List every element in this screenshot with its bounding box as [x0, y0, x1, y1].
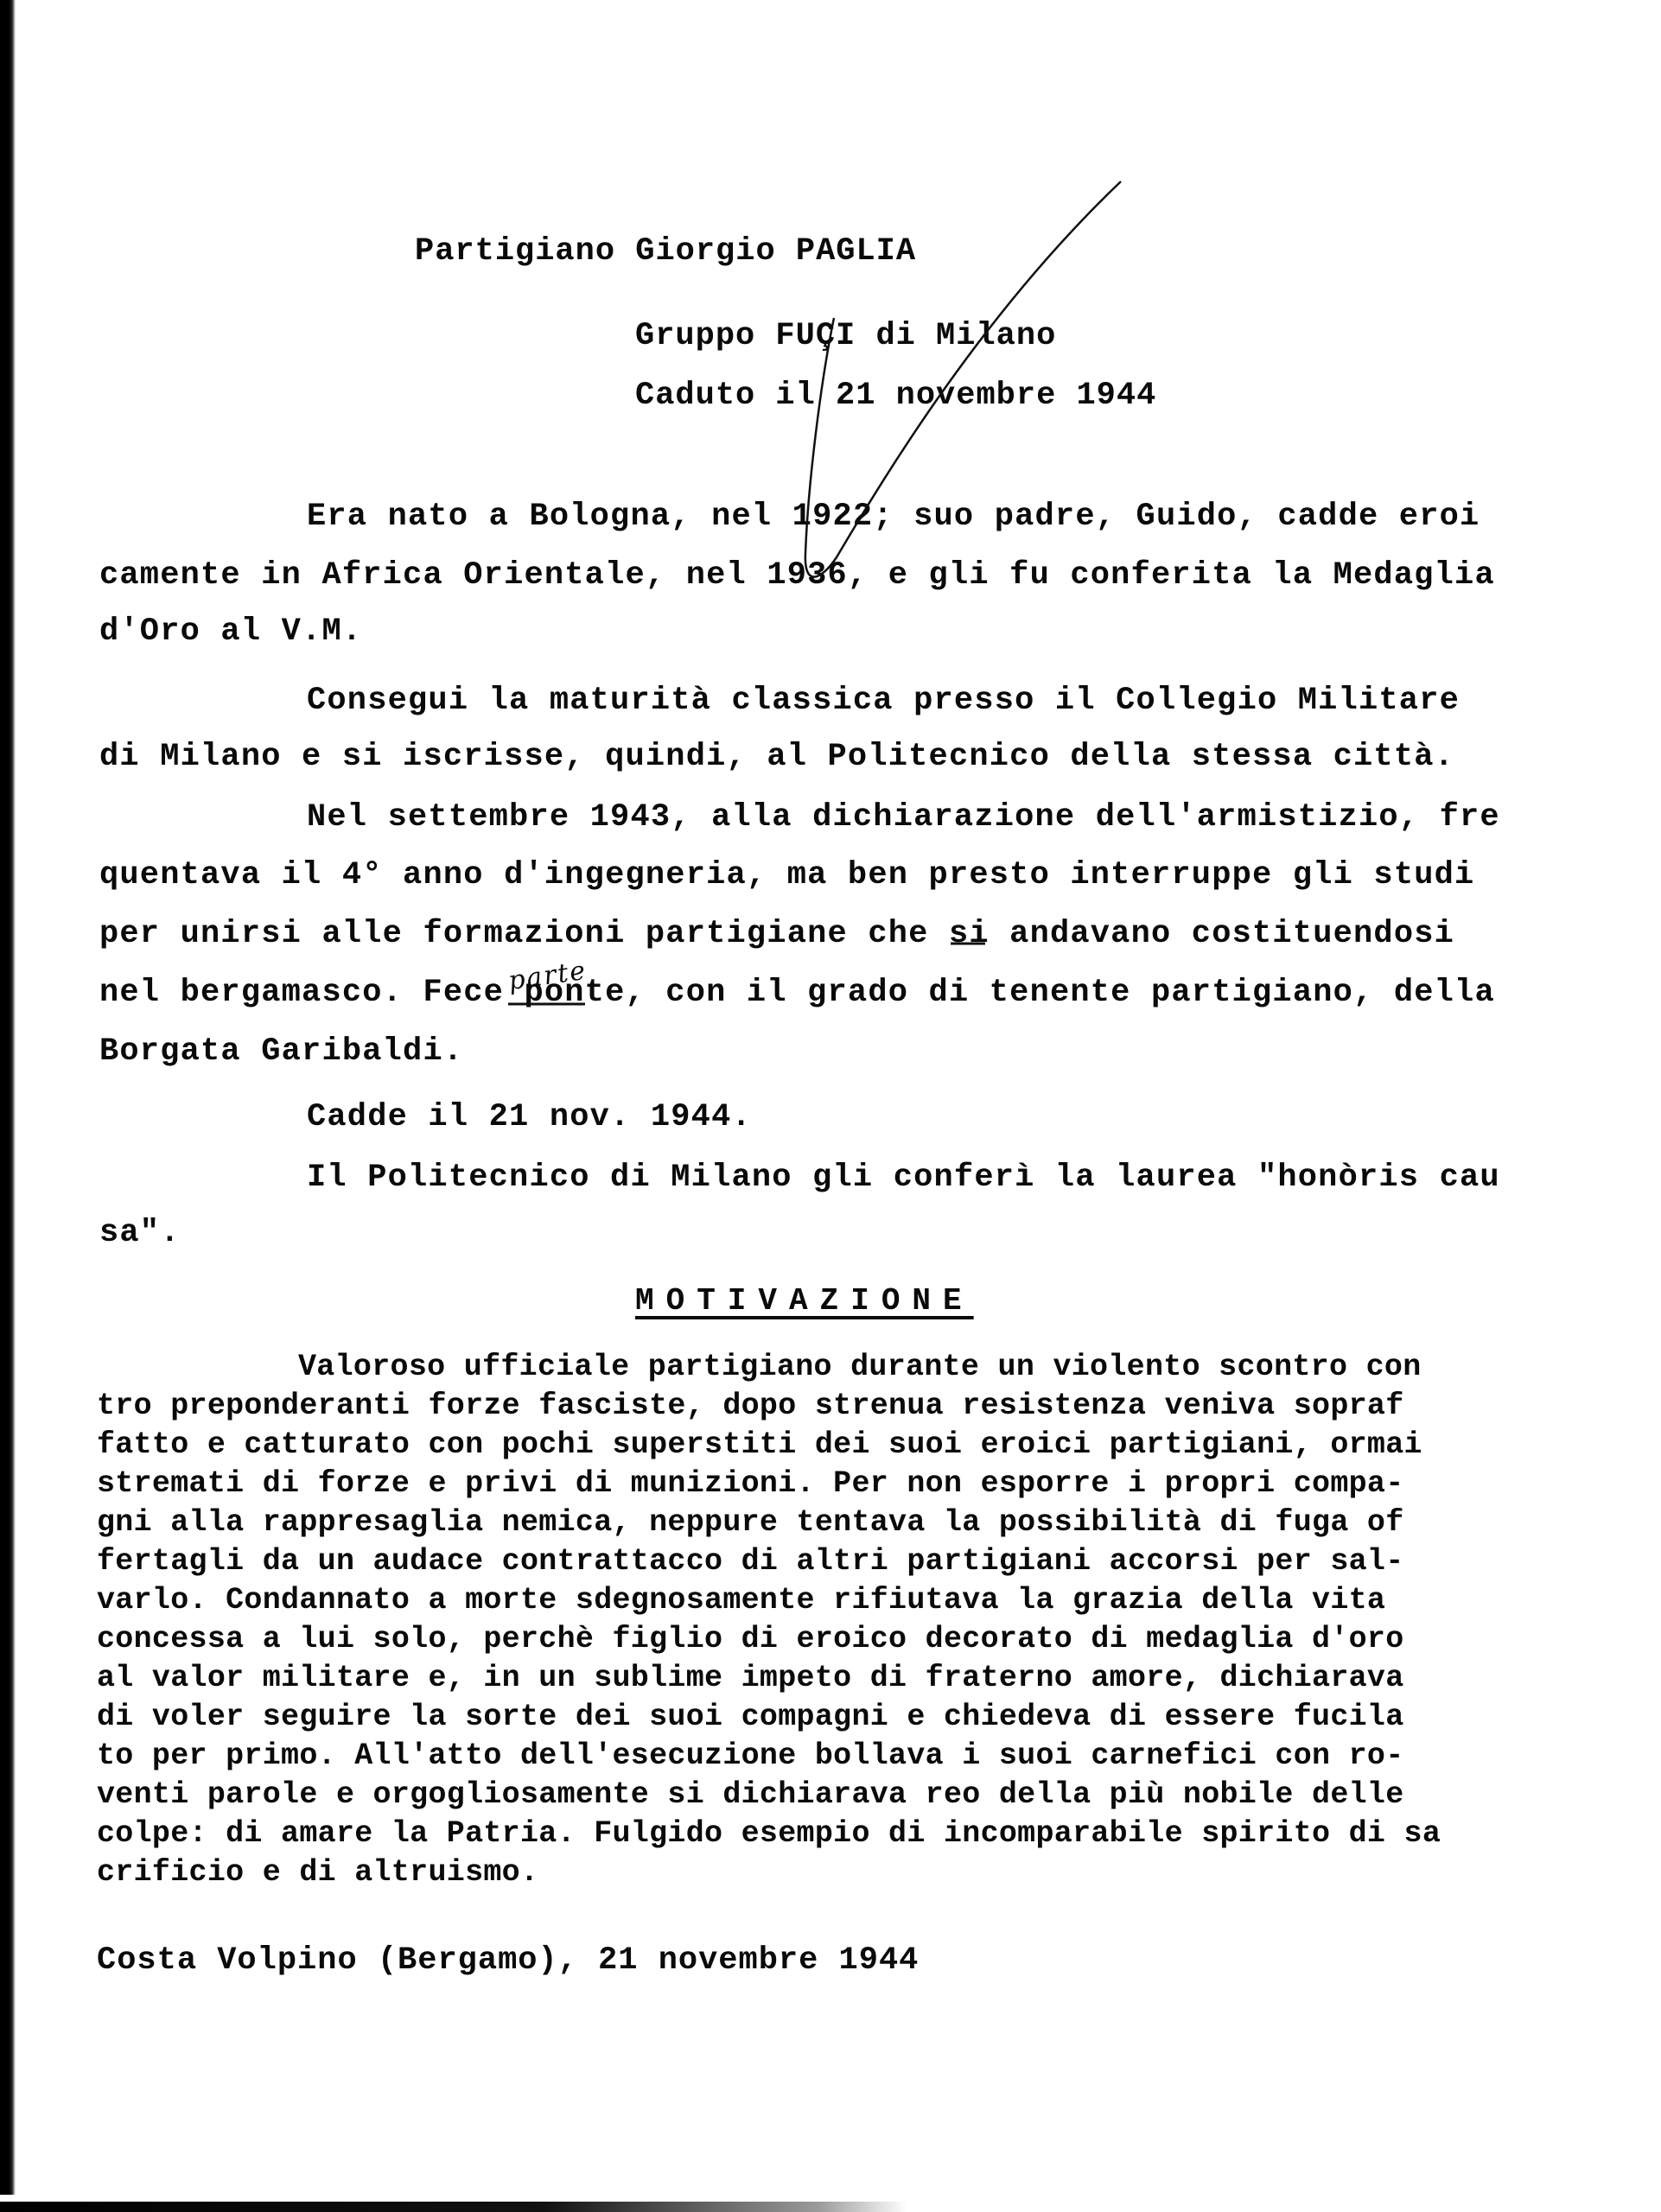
motivation-line: di voler seguire la sorte dei suoi compa… [97, 1700, 1404, 1734]
bio-line: per unirsi alle formazioni partigiane ch… [99, 916, 1454, 952]
motivation-line: crificio e di altruismo. [97, 1855, 538, 1890]
bio-line: sa". [99, 1215, 181, 1251]
motivation-line: al valor militare e, in un sublime impet… [97, 1661, 1404, 1695]
bio-line: Era nato a Bologna, nel 1922; suo padre,… [307, 499, 1480, 535]
bio-line: quentava il 4° anno d'ingegneria, ma ben… [99, 857, 1474, 893]
scan-edge-bottom [0, 2202, 907, 2212]
bio-line: di Milano e si iscrisse, quindi, al Poli… [99, 739, 1454, 775]
motivation-line: concessa a lui solo, perchè figlio di er… [97, 1622, 1404, 1656]
motivation-line: venti parole e orgogliosamente si dichia… [97, 1777, 1404, 1812]
motivation-line: fertagli da un audace contrattacco di al… [97, 1544, 1404, 1579]
motivation-heading: MOTIVAZIONE [635, 1283, 974, 1319]
bio-line: Nel settembre 1943, alla dichiarazione d… [307, 799, 1500, 836]
scan-edge-left [0, 0, 16, 2195]
motivation-line: gni alla rappresaglia nemica, neppure te… [97, 1505, 1404, 1540]
group-line: Gruppo FUÇI di Milano [635, 318, 1056, 354]
motivation-line: tro preponderanti forze fasciste, dopo s… [97, 1389, 1404, 1423]
bio-line: camente in Africa Orientale, nel 1936, e… [99, 557, 1495, 594]
bio-line: Il Politecnico di Milano gli conferì la … [307, 1160, 1500, 1196]
motivation-line: stremati di forze e privi di munizioni. … [97, 1466, 1404, 1501]
motivation-line: colpe: di amare la Patria. Fulgido esemp… [97, 1816, 1441, 1851]
document-title: Partigiano Giorgio PAGLIA [415, 233, 916, 270]
bio-line: Borgata Garibaldi. [99, 1033, 463, 1070]
bio-line: Consegui la maturità classica presso il … [307, 683, 1460, 719]
closing-place-date: Costa Volpino (Bergamo), 21 novembre 194… [97, 1942, 919, 1979]
bio-line: Cadde il 21 nov. 1944. [307, 1099, 752, 1135]
motivation-line: varlo. Condannato a morte sdegnosamente … [97, 1583, 1385, 1618]
motivation-line: Valoroso ufficiale partigiano durante un… [298, 1350, 1422, 1384]
bio-line: nel bergamasco. Fece ponte, con il grado… [99, 975, 1495, 1011]
fallen-date-line: Caduto il 21 novembre 1944 [635, 378, 1156, 414]
motivation-line: fatto e catturato con pochi superstiti d… [97, 1427, 1422, 1462]
bio-line: d'Oro al V.M. [99, 613, 362, 650]
motivation-line: to per primo. All'atto dell'esecuzione b… [97, 1738, 1404, 1773]
scanned-page: Partigiano Giorgio PAGLIA Gruppo FUÇI di… [0, 0, 1661, 2212]
